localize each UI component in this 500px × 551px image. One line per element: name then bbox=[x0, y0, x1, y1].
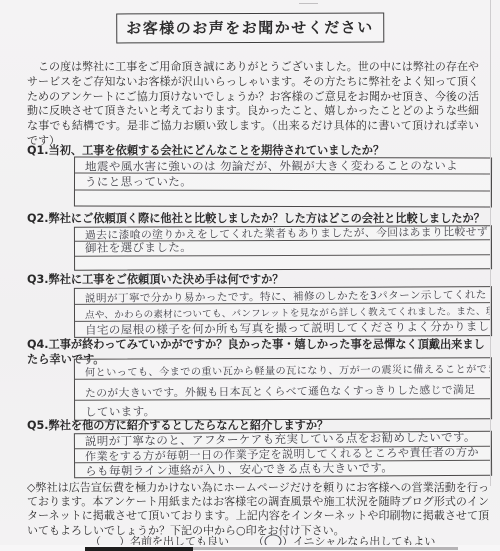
handwritten-answer-line: うにと思っていた。 bbox=[85, 177, 192, 189]
scanned-questionnaire-page: お客様のお声をお聞かせください この度は弊社に工事をご用命頂き誠にありがとうござ… bbox=[0, 0, 500, 551]
answer-line: 何といっても、今までの重い瓦から軽量の瓦になり、万が一の震災に備えることができ bbox=[75, 358, 491, 380]
answer-line bbox=[75, 255, 491, 270]
answer-line: 御社を選びました。 bbox=[75, 241, 491, 257]
handwritten-answer-line: 自宅の屋根の様子を何か所も写真を撮って説明してくださりよく分かりました。 bbox=[85, 321, 491, 337]
handwritten-answer-line: 何といっても、今までの重い瓦から軽量の瓦になり、万が一の震災に備えることができ bbox=[85, 365, 491, 379]
handwritten-answer-line: たのが大きいです。外観も日本瓦とくらべて遜色なくすっきりした感じで満足 bbox=[85, 385, 475, 399]
answer-box-q4: 何といっても、今までの重い瓦から軽量の瓦になり、万が一の震災に備えることができ … bbox=[74, 357, 492, 420]
handwritten-answer-line: らも毎朝ライン連絡が入り、安心できる点も大きいです。 bbox=[85, 462, 393, 477]
form-title: お客様のお声をお聞かせください bbox=[116, 13, 384, 44]
question-label-q2: Q2.弊社にご依頼頂く際に他社と比較しましたか？した方はどこの会社と比較しました… bbox=[27, 212, 489, 227]
answer-box-q3: 説明が丁寧で分かり易かったです。特に、補修のしかたを3パターン示してくれた 点や… bbox=[74, 286, 492, 338]
handwritten-answer-line: 作業をする方が毎朝一日の作業予定を説明してくれるところや責任者の方か bbox=[85, 447, 479, 463]
answer-box-q1: 地震や風水害に強いのは 勿論だが、外観が大きく変わることのないよ うにと思ってい… bbox=[74, 156, 492, 207]
handwritten-answer-line: 説明が丁寧なのと、アフターケアも充実している点をお勧めしたいです。 bbox=[85, 432, 476, 448]
answer-line: 過去に漆喰の塗りかえをしてくれた業者もありましたが、今回はあまり比較せず bbox=[75, 226, 491, 242]
publication-notice: ◇弊社は広告宣伝費を極力かけない為にホームページだけを頼りにお客様への営業活動を… bbox=[27, 481, 489, 538]
cutoff-bar-black bbox=[85, 547, 193, 551]
question-label-q3: Q3.弊社に工事をご依頼頂いた決め手は何ですか？ bbox=[27, 273, 489, 288]
answer-line: 点や、かわらの素材についても、パンフレットを見ながら詳しく教えてくれました。また… bbox=[75, 303, 491, 321]
handwritten-answer-line: しています。 bbox=[85, 407, 156, 419]
scan-artifact-dash bbox=[299, 3, 318, 4]
circle-mark-slot bbox=[99, 540, 120, 542]
answer-line: 自宅の屋根の様子を何か所も写真を撮って説明してくださりよく分かりました。 bbox=[75, 320, 491, 337]
answer-line: らも毎朝ライン連絡が入り、安心できる点も大きいです。 bbox=[75, 461, 491, 477]
answer-box-q2: 過去に漆喰の塗りかえをしてくれた業者もありましたが、今回はあまり比較せず 御社を… bbox=[74, 225, 492, 270]
answer-line: 地震や風水害に強いのは 勿論だが、外観が大きく変わることのないよ bbox=[75, 157, 491, 174]
handwritten-answer-line: 地震や風水害に強いのは 勿論だが、外観が大きく変わることのないよ bbox=[85, 160, 458, 172]
scan-artifact-vertical-line bbox=[490, 0, 491, 486]
handwritten-answer-line: 点や、かわらの素材についても、パンフレットを見ながら詳しく教えてくれました。また… bbox=[85, 307, 491, 321]
answer-box-q5: 説明が丁寧なのと、アフターケアも充実している点をお勧めしたいです。 作業をする方… bbox=[74, 431, 492, 479]
cutoff-bar-gray bbox=[193, 547, 458, 550]
intro-paragraph: この度は弊社に工事をご用命頂き誠にありがとうございました。世の中には弊社の存在や… bbox=[27, 60, 479, 149]
answer-line: たのが大きいです。外観も日本瓦とくらべて遜色なくすっきりした感じで満足 bbox=[75, 379, 491, 401]
handwritten-answer-line: 説明が丁寧で分かり易かったです。特に、補修のしかたを3パターン示してくれた bbox=[85, 290, 487, 304]
answer-line: うにと思っていた。 bbox=[75, 174, 491, 191]
handwritten-answer-line: 御社を選びました。 bbox=[85, 242, 192, 254]
answer-line: しています。 bbox=[75, 399, 491, 420]
answer-line: 説明が丁寧で分かり易かったです。特に、補修のしかたを3パターン示してくれた bbox=[75, 287, 491, 305]
answer-line bbox=[75, 190, 491, 206]
handwritten-answer-line: 過去に漆喰の塗りかえをしてくれた業者もありましたが、今回はあまり比較せず bbox=[85, 227, 488, 241]
